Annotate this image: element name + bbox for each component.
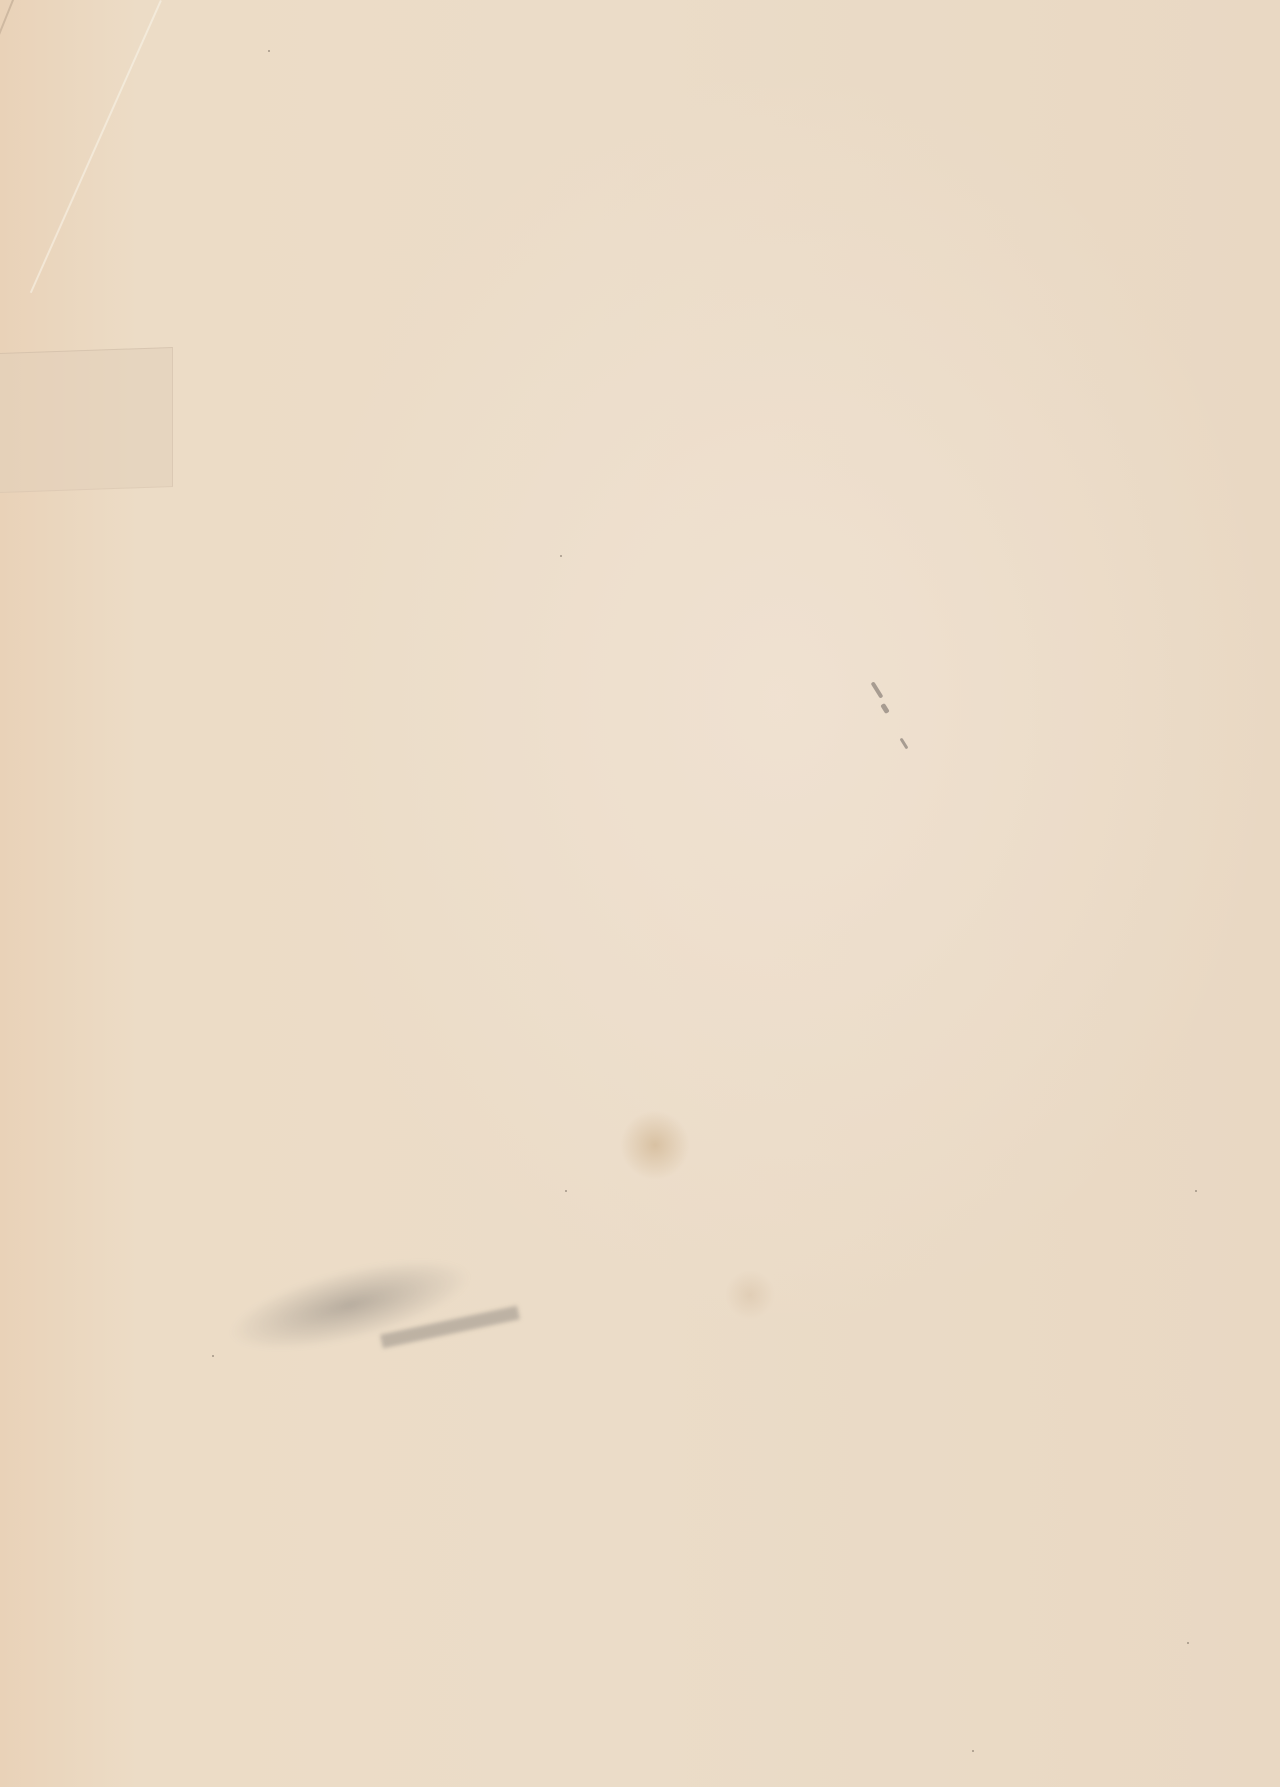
paper-speck [212, 1355, 214, 1357]
paper-speck [268, 50, 270, 52]
paper-speck [972, 1750, 974, 1752]
scanned-page [0, 0, 1280, 1787]
pencil-smudge [220, 1241, 480, 1369]
ink-mark [871, 681, 884, 698]
ink-mark [900, 738, 909, 750]
foxing-stain [620, 1110, 690, 1180]
ink-mark [880, 703, 890, 714]
paper-crease [0, 0, 22, 315]
paper-speck [1187, 1642, 1189, 1644]
paper-crease-highlight [30, 0, 162, 293]
paper-speck [560, 555, 562, 557]
paper-speck [1195, 1190, 1197, 1192]
tape-patch [0, 347, 173, 493]
paper-speck [565, 1190, 567, 1192]
foxing-stain [725, 1270, 775, 1320]
